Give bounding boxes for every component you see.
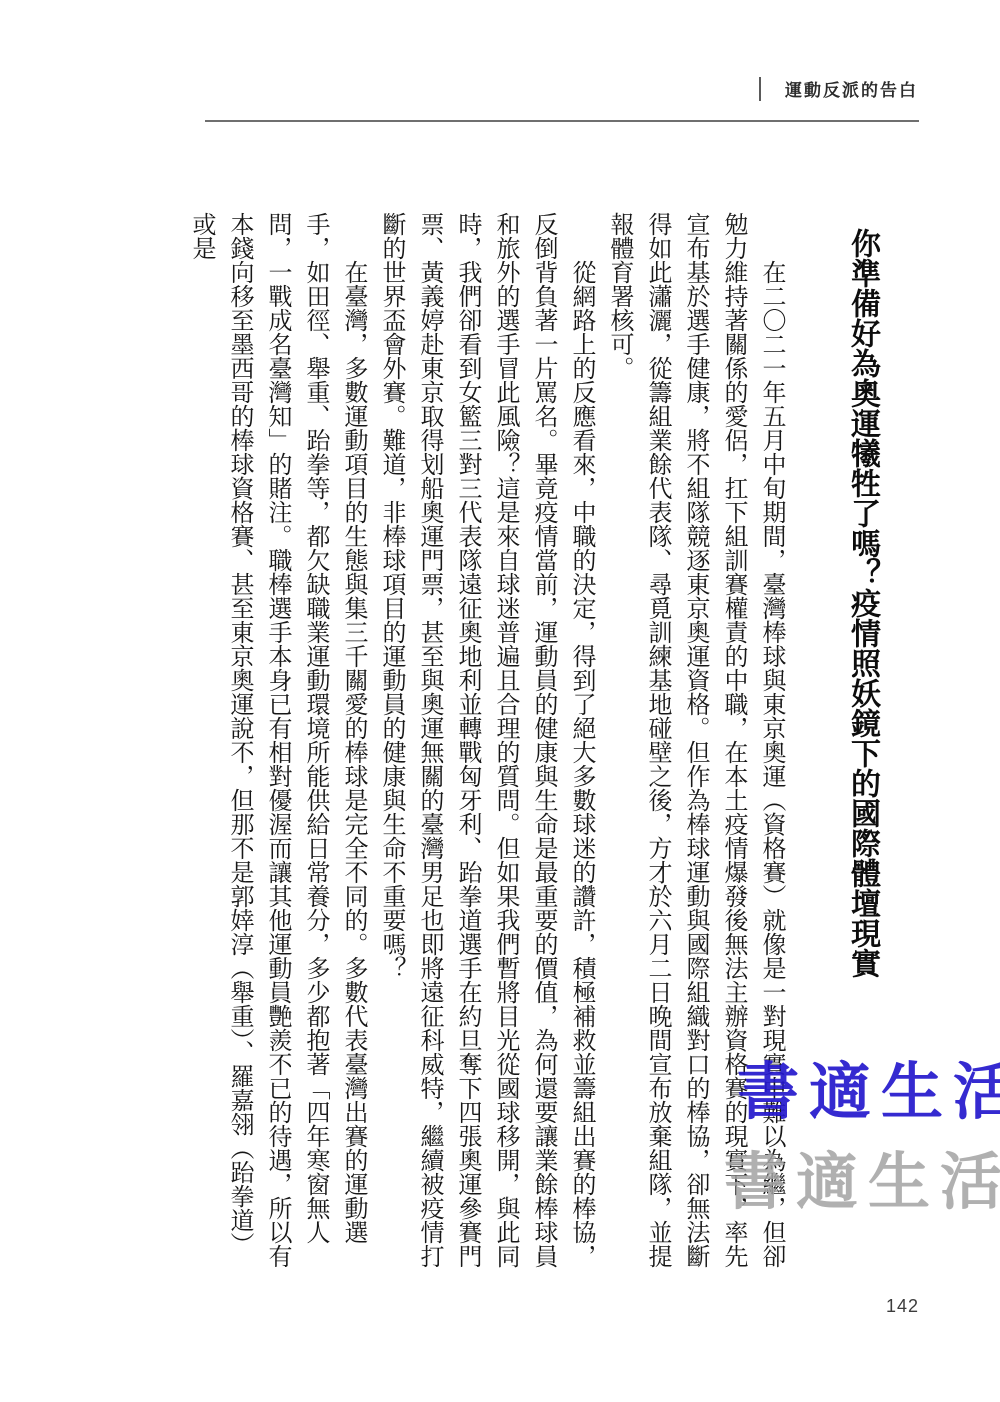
running-head: 運動反派的告白 [759, 76, 918, 101]
article-title: 你準備好為奧運犧牲了嗎？疫情照妖鏡下的國際體壇現實 [838, 212, 886, 1270]
header-rule [205, 120, 919, 122]
paragraph-2: 從網路上的反應看來，中職的決定，得到了絕大多數球迷的讚許，積極補救並籌組出賽的棒… [372, 212, 600, 1270]
book-page: 運動反派的告白 你準備好為奧運犧牲了嗎？疫情照妖鏡下的國際體壇現實 在二〇二一年… [0, 0, 1000, 1402]
paragraph-3: 在臺灣，多數運動項目的生態與集三千關愛的棒球是完全不同的。多數代表臺灣出賽的運動… [182, 212, 372, 1270]
page-number: 142 [886, 1296, 919, 1317]
chapter-title: 運動反派的告白 [785, 76, 918, 101]
header-separator-bar [759, 77, 761, 101]
article-body: 你準備好為奧運犧牲了嗎？疫情照妖鏡下的國際體壇現實 在二〇二一年五月中旬期間，臺… [220, 212, 886, 1270]
paragraph-1: 在二〇二一年五月中旬期間，臺灣棒球與東京奧運（資格賽）就像是一對現實中難以為繼，… [600, 212, 790, 1270]
